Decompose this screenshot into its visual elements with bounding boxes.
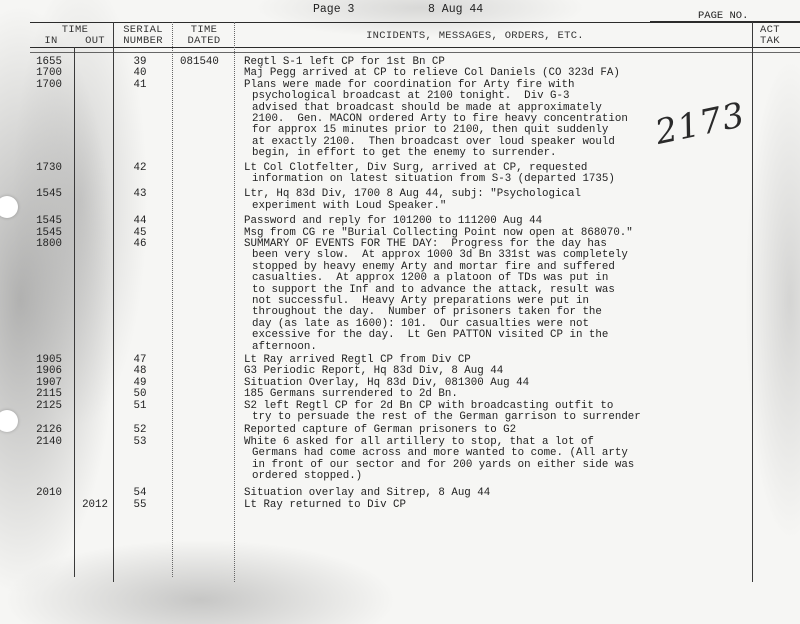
incident-line: experiment with Loud Speaker." xyxy=(244,201,654,212)
column-divider-dated-incidents xyxy=(234,22,236,582)
incident-text: Plans were made for coordination for Art… xyxy=(244,80,654,160)
incident-text: White 6 asked for all artillery to stop,… xyxy=(244,437,654,483)
column-divider-time-serial xyxy=(113,22,114,582)
header-time-in: IN xyxy=(36,36,66,47)
column-divider-serial-dated xyxy=(172,22,174,577)
punch-hole xyxy=(0,410,18,432)
incident-line: try to persuade the rest of the German g… xyxy=(244,412,654,423)
serial-number: 50 xyxy=(120,389,160,400)
incident-line: Lt Ray returned to Div CP xyxy=(244,500,654,511)
page-label: Page 3 xyxy=(313,3,354,16)
time-in: 2125 xyxy=(30,401,62,412)
incident-text: Password and reply for 101200 to 111200 … xyxy=(244,216,654,227)
time-in: 1700 xyxy=(30,80,62,91)
date-label: 8 Aug 44 xyxy=(428,3,483,16)
incident-text: Lt Ray returned to Div CP xyxy=(244,500,654,511)
time-in: 1730 xyxy=(30,163,62,174)
time-in: 1545 xyxy=(30,216,62,227)
column-divider-action xyxy=(752,22,753,582)
serial-number: 55 xyxy=(120,500,160,511)
incident-text: Lt Col Clotfelter, Div Surg, arrived at … xyxy=(244,163,654,186)
time-in: 1800 xyxy=(30,239,62,250)
time-dated: 081540 xyxy=(180,57,219,68)
incident-line: psychological broadcast at 2100 tonight.… xyxy=(244,91,654,102)
incident-line: casualties. At approx 1200 a platoon of … xyxy=(244,273,654,284)
header-top-rule xyxy=(30,22,800,23)
time-in: 1545 xyxy=(30,189,62,200)
time-in: 2010 xyxy=(30,488,62,499)
incident-text: SUMMARY OF EVENTS FOR THE DAY: Progress … xyxy=(244,239,654,353)
scanned-journal-page: Page 3 8 Aug 44 PAGE NO. TIME IN OUT SER… xyxy=(0,0,800,624)
incident-line: ordered stopped.) xyxy=(244,471,654,482)
incident-line: begin, in effort to get the enemy to sur… xyxy=(244,148,654,159)
serial-number: 51 xyxy=(120,401,160,412)
header-double-rule xyxy=(30,52,800,53)
serial-number: 44 xyxy=(120,216,160,227)
time-out: 2012 xyxy=(72,500,108,511)
incident-text: S2 left Regtl CP for 2d Bn CP with broad… xyxy=(244,401,654,424)
header-time-dated: TIME DATED xyxy=(174,25,234,47)
incident-text: Ltr, Hq 83d Div, 1700 8 Aug 44, subj: "P… xyxy=(244,189,654,212)
serial-number: 41 xyxy=(120,80,160,91)
handwritten-annotation: 2173 xyxy=(652,95,749,153)
incident-line: information on latest situation from S-3… xyxy=(244,174,654,185)
header-time-out: OUT xyxy=(80,36,110,47)
incident-line: afternoon. xyxy=(244,342,654,353)
time-in: 2115 xyxy=(30,389,62,400)
incident-text: 185 Germans surrendered to 2d Bn. xyxy=(244,389,654,400)
serial-number: 42 xyxy=(120,163,160,174)
serial-number: 43 xyxy=(120,189,160,200)
incident-line: Password and reply for 101200 to 111200 … xyxy=(244,216,654,227)
serial-number: 46 xyxy=(120,239,160,250)
punch-hole xyxy=(0,196,18,218)
incident-line: excessive for the day. Lt Gen PATTON vis… xyxy=(244,330,654,341)
column-divider-in-out xyxy=(74,47,75,577)
header-incidents: INCIDENTS, MESSAGES, ORDERS, ETC. xyxy=(250,31,700,42)
incident-line: Germans had come across and more wanted … xyxy=(244,448,654,459)
header-action-taken: ACT TAK xyxy=(760,25,800,47)
serial-number: 53 xyxy=(120,437,160,448)
header-bottom-rule xyxy=(30,47,800,48)
header-serial-number: SERIAL NUMBER xyxy=(114,25,172,47)
incident-line: 185 Germans surrendered to 2d Bn. xyxy=(244,389,654,400)
time-in: 2140 xyxy=(30,437,62,448)
